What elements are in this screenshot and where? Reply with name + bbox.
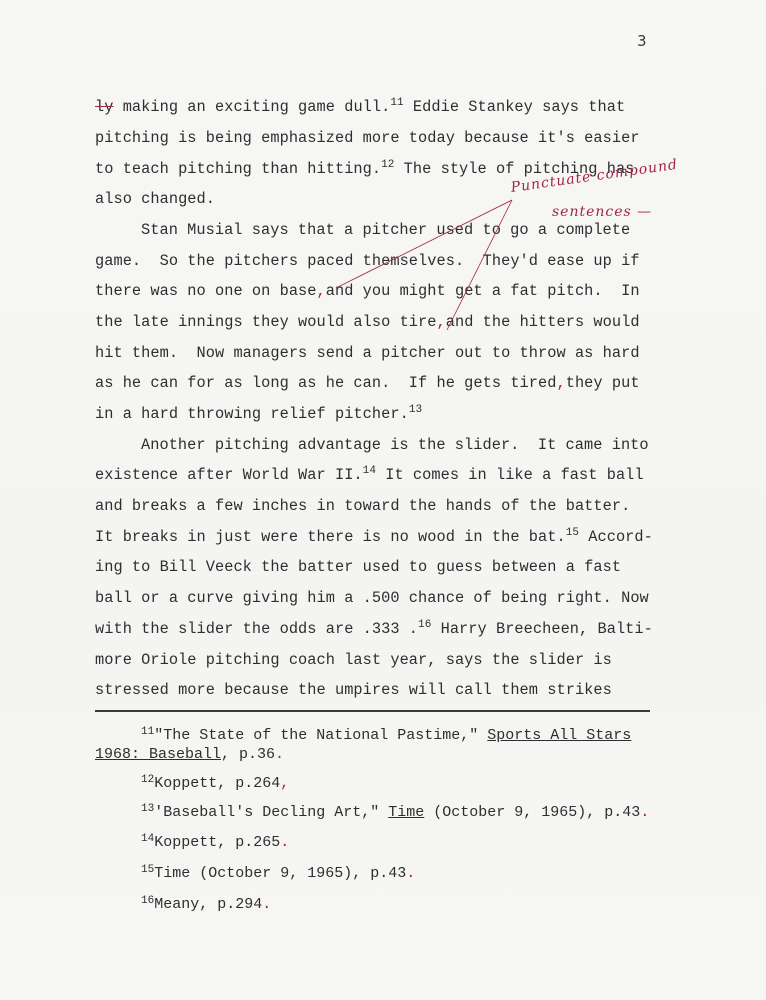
footnote-text: (October 9, 1965), p.43 bbox=[424, 804, 640, 821]
body-text: Accord- bbox=[579, 528, 653, 546]
footnote-title: Sports All Stars bbox=[487, 727, 631, 744]
footnote-ref: 13 bbox=[409, 404, 422, 416]
body-line: pitching is being emphasized more today … bbox=[95, 128, 640, 148]
struck-text: ly bbox=[95, 98, 113, 116]
body-line: ing to Bill Veeck the batter used to gue… bbox=[95, 557, 621, 577]
body-text: and the hitters would bbox=[446, 313, 640, 331]
footnote-12: 12Koppett, p.264, bbox=[141, 774, 289, 795]
handwritten-note: sentences — bbox=[552, 204, 652, 220]
footnote-number: 16 bbox=[141, 895, 154, 907]
body-text: in a hard throwing relief pitcher. bbox=[95, 405, 409, 423]
body-text: there was no one on base bbox=[95, 282, 317, 300]
footnote-ref: 12 bbox=[381, 159, 394, 171]
footnote-14: 14Koppett, p.265. bbox=[141, 833, 289, 854]
red-pen-mark: . bbox=[640, 804, 649, 821]
red-pen-mark: . bbox=[406, 865, 415, 882]
body-line: there was no one on base,and you might g… bbox=[95, 281, 640, 301]
body-text: making an exciting game dull. bbox=[113, 98, 390, 116]
body-text: Eddie Stankey says that bbox=[404, 98, 626, 116]
footnote-title: Time bbox=[388, 804, 424, 821]
body-line: game. So the pitchers paced themselves. … bbox=[95, 251, 640, 271]
body-line: more Oriole pitching coach last year, sa… bbox=[95, 650, 612, 670]
body-line: hit them. Now managers send a pitcher ou… bbox=[95, 343, 640, 363]
body-line: in a hard throwing relief pitcher.13 bbox=[95, 404, 422, 426]
body-line: ball or a curve giving him a .500 chance… bbox=[95, 588, 649, 608]
footnote-text: Koppett, p.264 bbox=[154, 775, 280, 792]
footnote-number: 12 bbox=[141, 774, 154, 786]
body-line: and breaks a few inches in toward the ha… bbox=[95, 496, 630, 516]
body-text: they put bbox=[566, 374, 640, 392]
page-number: 3 bbox=[637, 32, 647, 50]
footnote-number: 14 bbox=[141, 833, 154, 845]
body-line: also changed. bbox=[95, 189, 215, 209]
footnote-11: 11"The State of the National Pastime," S… bbox=[141, 726, 631, 747]
red-pen-mark: . bbox=[280, 834, 289, 851]
body-line: It breaks in just were there is no wood … bbox=[95, 527, 653, 549]
footnote-ref: 15 bbox=[566, 527, 579, 539]
footnote-13: 13'Baseball's Decling Art," Time (Octobe… bbox=[141, 803, 649, 824]
body-text: It comes in like a fast ball bbox=[376, 466, 644, 484]
footnote-text: 'Baseball's Decling Art," bbox=[154, 804, 388, 821]
body-text: with the slider the odds are .333 . bbox=[95, 620, 418, 638]
body-text: Harry Breecheen, Balti- bbox=[431, 620, 653, 638]
footnote-11-cont: 1968: Baseball, p.36. bbox=[95, 745, 284, 765]
footnote-number: 13 bbox=[141, 803, 154, 815]
body-line: existence after World War II.14 It comes… bbox=[95, 465, 644, 487]
footnote-divider bbox=[95, 710, 650, 712]
footnote-title: 1968: Baseball bbox=[95, 746, 221, 763]
footnote-text: "The State of the National Pastime," bbox=[154, 727, 487, 744]
body-line: ly making an exciting game dull.11 Eddie… bbox=[95, 97, 625, 119]
footnote-ref: 11 bbox=[390, 97, 403, 109]
footnote-text: , p.36 bbox=[221, 746, 275, 763]
body-line: with the slider the odds are .333 .16 Ha… bbox=[95, 619, 653, 641]
footnote-15: 15Time (October 9, 1965), p.43. bbox=[141, 864, 415, 885]
body-line: the late innings they would also tire,an… bbox=[95, 312, 640, 332]
red-pen-mark: . bbox=[275, 746, 284, 763]
body-line: as he can for as long as he can. If he g… bbox=[95, 373, 640, 393]
body-text: existence after World War II. bbox=[95, 466, 363, 484]
footnote-ref: 14 bbox=[363, 465, 376, 477]
footnote-text: Meany, p.294 bbox=[154, 896, 262, 913]
footnote-number: 15 bbox=[141, 864, 154, 876]
red-pen-mark: . bbox=[262, 896, 271, 913]
body-text: the late innings they would also tire bbox=[95, 313, 437, 331]
typewritten-page: 3 ly making an exciting game dull.11 Edd… bbox=[0, 0, 766, 1000]
body-line: stressed more because the umpires will c… bbox=[95, 680, 612, 700]
body-text: as he can for as long as he can. If he g… bbox=[95, 374, 556, 392]
body-line: Stan Musial says that a pitcher used to … bbox=[141, 220, 630, 240]
inserted-comma: , bbox=[437, 313, 446, 331]
footnote-text: Koppett, p.265 bbox=[154, 834, 280, 851]
inserted-comma: , bbox=[317, 282, 326, 300]
body-text: It breaks in just were there is no wood … bbox=[95, 528, 566, 546]
footnote-text: Time (October 9, 1965), p.43 bbox=[154, 865, 406, 882]
footnote-16: 16Meany, p.294. bbox=[141, 895, 271, 916]
body-line: Another pitching advantage is the slider… bbox=[141, 435, 649, 455]
inserted-comma: , bbox=[556, 374, 565, 392]
red-pen-mark: , bbox=[280, 775, 289, 792]
body-text: to teach pitching than hitting. bbox=[95, 160, 381, 178]
footnote-number: 11 bbox=[141, 726, 154, 738]
footnote-ref: 16 bbox=[418, 619, 431, 631]
body-text: and you might get a fat pitch. In bbox=[326, 282, 640, 300]
